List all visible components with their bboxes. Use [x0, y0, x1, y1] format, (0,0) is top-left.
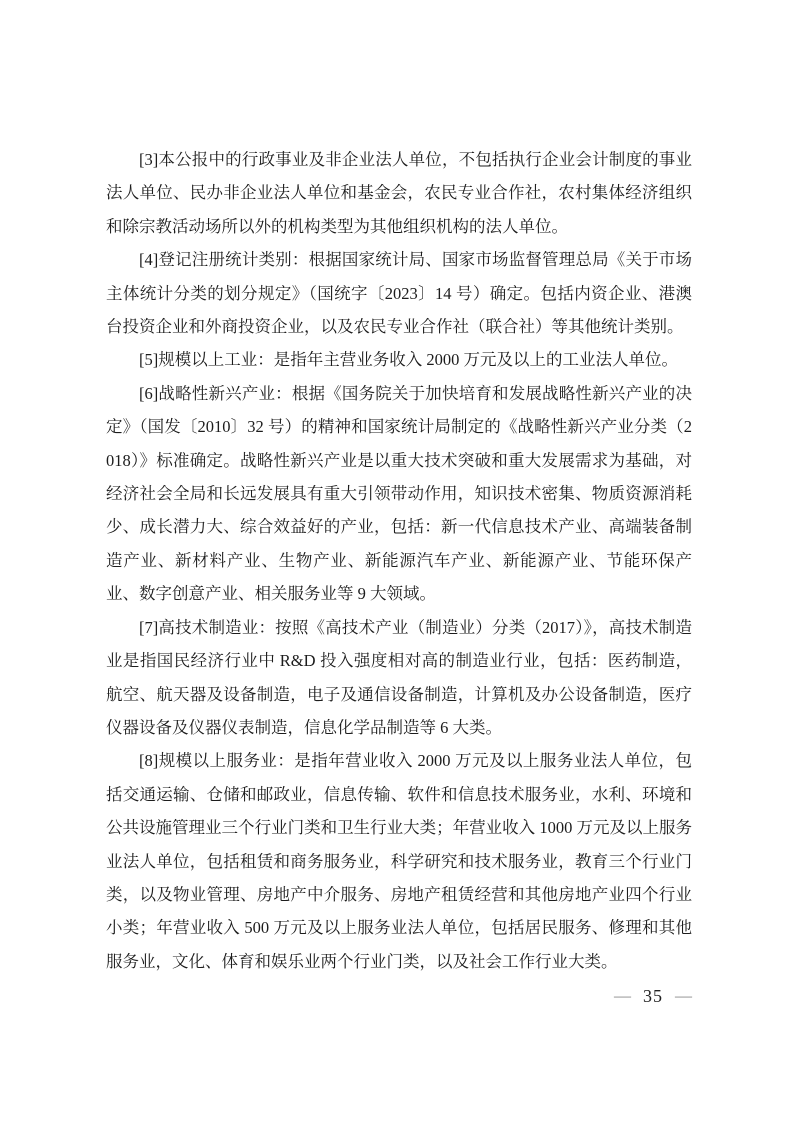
note-paragraph-7: [7]高技术制造业：按照《高技术产业（制造业）分类（2017）》，高技术制造业是… [106, 611, 692, 745]
document-page: [3]本公报中的行政事业及非企业法人单位，不包括执行企业会计制度的事业法人单位、… [0, 0, 793, 1122]
footer-dash-left: — [614, 984, 631, 1008]
notes-section: [3]本公报中的行政事业及非企业法人单位，不包括执行企业会计制度的事业法人单位、… [106, 143, 692, 978]
note-paragraph-5: [5]规模以上工业：是指年主营业务收入 2000 万元及以上的工业法人单位。 [106, 343, 692, 376]
note-paragraph-6: [6]战略性新兴产业：根据《国务院关于加快培育和发展战略性新兴产业的决定》（国发… [106, 377, 692, 611]
footer-dash-right: — [675, 984, 692, 1008]
note-paragraph-3: [3]本公报中的行政事业及非企业法人单位，不包括执行企业会计制度的事业法人单位、… [106, 143, 692, 243]
note-paragraph-4: [4]登记注册统计类别：根据国家统计局、国家市场监督管理总局《关于市场主体统计分… [106, 243, 692, 343]
note-paragraph-8: [8]规模以上服务业：是指年营业收入 2000 万元及以上服务业法人单位，包括交… [106, 744, 692, 978]
page-footer: — 35 — [614, 984, 692, 1008]
page-number: 35 [643, 984, 663, 1008]
